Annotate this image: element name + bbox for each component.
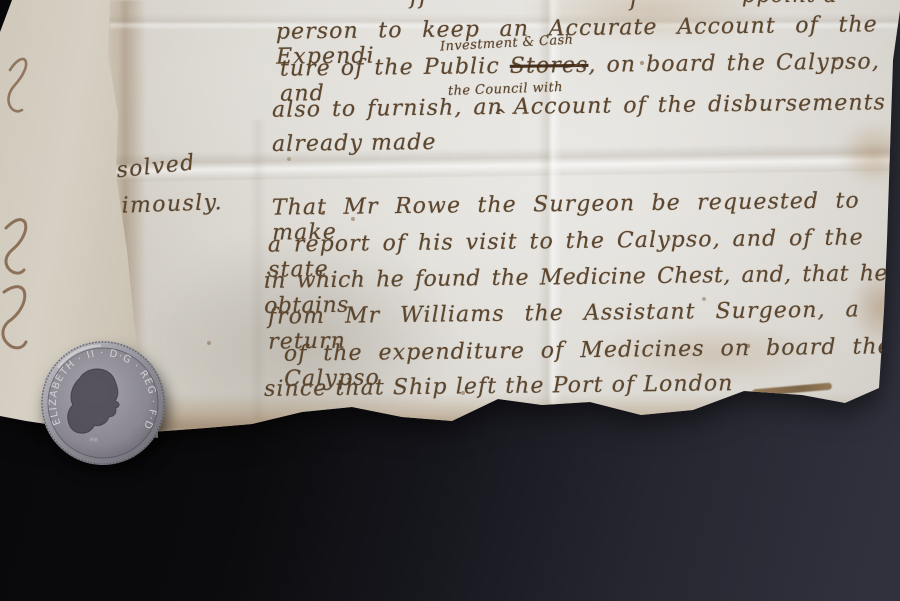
manuscript-paper: ff f ppoint a person to keep an Accurate… [0, 0, 900, 601]
stain [838, 122, 900, 186]
horizontal-crease [110, 142, 900, 181]
insertion-caret: ^ [572, 60, 585, 78]
handwritten-line: since that Ship left the Port of London [264, 371, 734, 402]
cutoff-line-fragment: f [630, 0, 639, 12]
photo-scene: ff f ppoint a person to keep an Accurate… [0, 0, 900, 601]
insertion-caret: ^ [494, 106, 507, 124]
line-text: ture of the Public [280, 54, 500, 82]
cutoff-line-fragment: ff [410, 0, 428, 10]
coin-artwork: ELIZABETH · II · D·G · REG · F·D · 2006 … [30, 330, 170, 469]
paper-group: ff f ppoint a person to keep an Accurate… [0, 0, 900, 601]
designer-initials: IRB [89, 437, 98, 444]
coin: ELIZABETH · II · D·G · REG · F·D · 2006 … [30, 330, 176, 476]
foxing-speckles [0, 0, 2, 2]
handwritten-line: already made [272, 130, 437, 157]
cutoff-line-fragment: ppoint a [742, 0, 837, 7]
